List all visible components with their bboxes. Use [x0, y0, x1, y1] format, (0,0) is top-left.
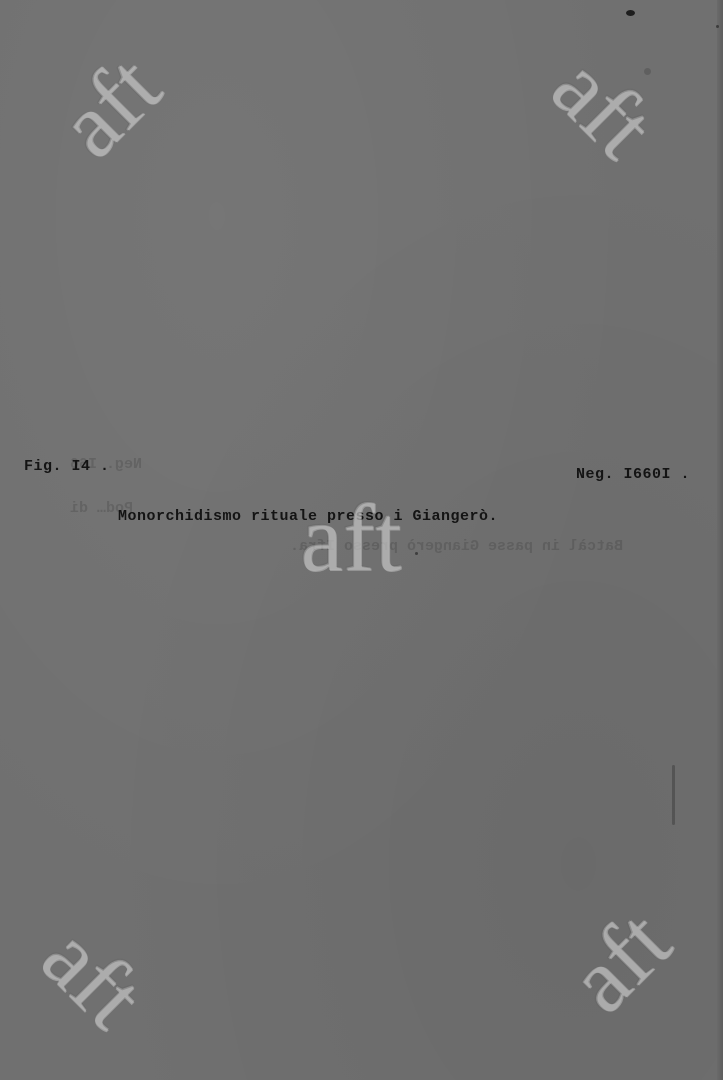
watermark-logo: aft [537, 39, 671, 173]
dust-speck [716, 25, 719, 28]
figure-number: Fig. I4 . [24, 458, 110, 475]
watermark-logo: aft [27, 909, 161, 1043]
watermark-logo: aft [300, 490, 401, 586]
watermark-logo: aft [42, 39, 176, 173]
dust-speck [415, 552, 418, 555]
scratch-mark [672, 765, 675, 825]
dust-speck [626, 10, 635, 16]
dust-speck [644, 68, 651, 75]
page-edge [717, 0, 723, 1080]
watermark-logo: aft [552, 894, 686, 1028]
negative-number: Neg. I660I . [576, 466, 690, 483]
scanned-document-page: Neg. I66 Pod… di Batcàl in passe Gianger… [0, 0, 723, 1080]
